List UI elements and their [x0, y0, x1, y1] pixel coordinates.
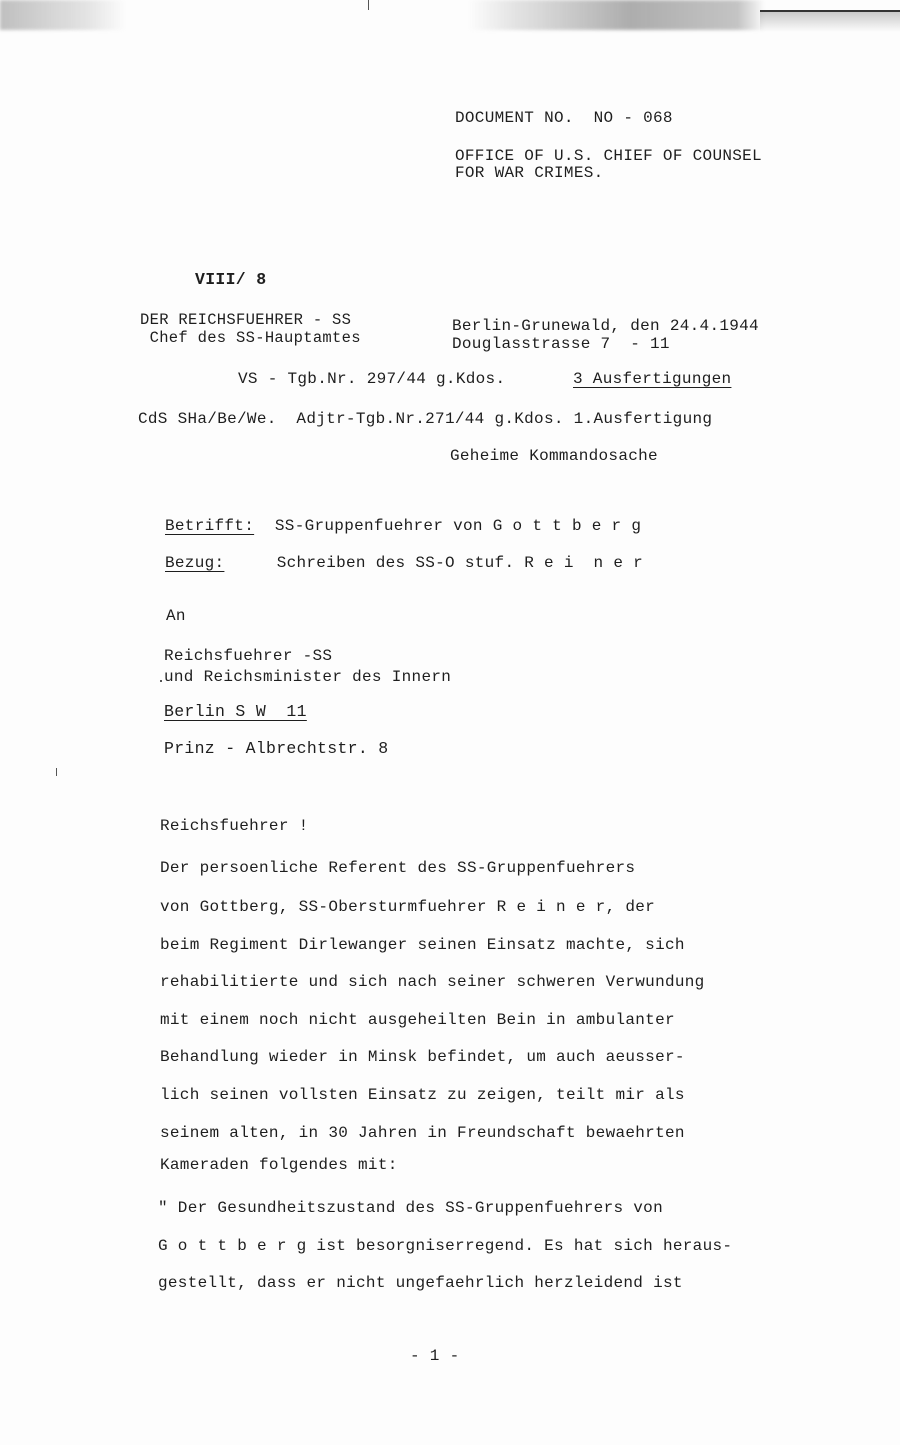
copies-count: 3 Ausfertigungen [573, 371, 731, 387]
body-line: gestellt, dass er nicht ungefaehrlich he… [158, 1275, 683, 1291]
betrifft-text: SS-Gruppenfuehrer von G o t t b e r g [265, 518, 641, 534]
body-line: " Der Gesundheitszustand des SS-Gruppenf… [158, 1200, 663, 1216]
classification: Geheime Kommandosache [450, 448, 658, 464]
vs-journal-number: VS - Tgb.Nr. 297/44 g.Kdos. [238, 371, 505, 387]
salutation: Reichsfuehrer ! [160, 818, 309, 834]
betrifft-label: Betrifft: [165, 518, 254, 534]
body-line: von Gottberg, SS-Obersturmfuehrer R e i … [160, 899, 655, 915]
file-reference: VIII/ 8 [195, 272, 266, 289]
body-line: rehabilitierte und sich nach seiner schw… [160, 974, 705, 990]
recipient-line-4: Prinz - Albrechtstr. 8 [164, 741, 388, 758]
place-date-line-1: Berlin-Grunewald, den 24.4.1944 [452, 318, 759, 334]
sender-line-1: DER REICHSFUEHRER - SS [140, 313, 351, 329]
body-line: Der persoenliche Referent des SS-Gruppen… [160, 860, 635, 876]
cds-reference: CdS SHa/Be/We. Adjtr-Tgb.Nr.271/44 g.Kdo… [138, 411, 712, 427]
page-number: - 1 - [410, 1348, 460, 1364]
body-line: seinem alten, in 30 Jahren in Freundscha… [160, 1125, 685, 1141]
office-line-2: FOR WAR CRIMES. [455, 165, 604, 181]
body-line: mit einem noch nicht ausgeheilten Bein i… [160, 1012, 675, 1028]
body-line: lich seinen vollsten Einsatz zu zeigen, … [160, 1087, 685, 1103]
recipient-line-1: Reichsfuehrer -SS [164, 648, 332, 664]
scan-edge-artifact-right [760, 10, 900, 32]
body-line: beim Regiment Dirlewanger seinen Einsatz… [160, 937, 685, 953]
recipient-line-2: und Reichsminister des Innern [164, 669, 451, 685]
scan-speck [160, 680, 162, 682]
document-number: DOCUMENT NO. NO - 068 [455, 110, 673, 126]
bezug-label: Bezug: [165, 555, 224, 571]
scan-speck [368, 0, 369, 10]
body-line: Behandlung wieder in Minsk befindet, um … [160, 1049, 685, 1065]
scan-speck [56, 768, 57, 776]
sender-line-2: Chef des SS-Hauptamtes [140, 331, 361, 347]
place-date-line-2: Douglasstrasse 7 - 11 [452, 336, 670, 352]
recipient-line-3: Berlin S W 11 [164, 704, 307, 721]
bezug-text: Schreiben des SS-O stuf. R e i n e r [247, 555, 643, 571]
office-line-1: OFFICE OF U.S. CHIEF OF COUNSEL [455, 148, 762, 164]
document-page: DOCUMENT NO. NO - 068 OFFICE OF U.S. CHI… [0, 0, 900, 1445]
body-line: G o t t b e r g ist besorgniserregend. E… [158, 1238, 732, 1254]
recipient-an: An [166, 608, 186, 624]
body-line: Kameraden folgendes mit: [160, 1157, 398, 1173]
